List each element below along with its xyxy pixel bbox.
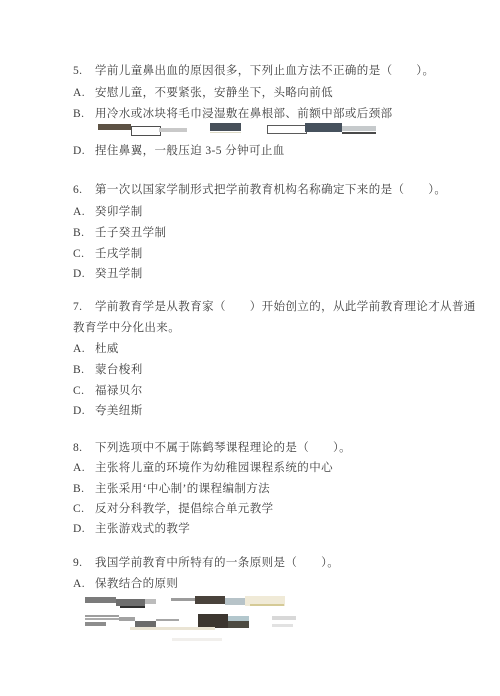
redaction-bar <box>198 614 228 628</box>
option-text: 癸丑学制 <box>95 268 143 280</box>
redaction-bar <box>130 627 215 630</box>
redaction-bar <box>159 128 187 132</box>
option-label: B. <box>73 226 95 240</box>
option-text: 主张将儿童的环境作为幼稚园课程系统的中心 <box>95 462 333 474</box>
question-number: 6. <box>73 183 95 197</box>
question-8-option-c: C.反对分科教学，提倡综合单元教学 <box>73 502 274 516</box>
option-label: C. <box>73 384 95 398</box>
option-label: D. <box>73 144 95 158</box>
redaction-bar <box>172 638 222 641</box>
question-text: 学前教育学是从教育家（ ）开始创立的，从此学前教育理论才从普通 <box>95 301 476 313</box>
redaction-bar <box>225 598 245 605</box>
question-6-option-a: A.癸卯学制 <box>73 205 143 219</box>
redaction-bar <box>120 606 145 608</box>
redaction-bar <box>305 123 342 132</box>
option-text: 福禄贝尔 <box>95 385 143 397</box>
redaction-bar <box>119 617 135 621</box>
option-text: 壬子癸丑学制 <box>95 227 166 239</box>
option-label: A. <box>73 342 95 356</box>
option-label: D. <box>73 404 95 418</box>
question-6-option-c: C.壬戌学制 <box>73 247 143 261</box>
option-text: 保教结合的原则 <box>95 578 178 590</box>
redaction-bar <box>267 125 307 134</box>
redaction-bar <box>85 622 106 626</box>
option-text: 壬戌学制 <box>95 248 143 260</box>
question-5-option-d: D.捏住鼻翼，一般压迫 3-5 分钟可止血 <box>73 144 285 158</box>
question-7-option-d: D.夸美纽斯 <box>73 404 143 418</box>
option-text: 夸美纽斯 <box>95 405 143 417</box>
redaction-bar <box>228 621 249 628</box>
question-7-option-b: B.蒙台梭利 <box>73 363 143 377</box>
question-text-continued: 教育学中分化出来。 <box>73 322 180 334</box>
redaction-bar <box>272 616 296 620</box>
redaction-bar <box>342 126 376 131</box>
redaction-bar <box>98 124 131 130</box>
question-5-option-a: A.安慰儿童，不要紧张，安静坐下，头略向前低 <box>73 86 333 100</box>
redaction-bar <box>85 618 119 620</box>
option-text: 主张游戏式的教学 <box>95 523 190 535</box>
question-9-option-a: A.保教结合的原则 <box>73 577 178 591</box>
redaction-bar <box>272 624 293 627</box>
question-5: 5.学前儿童鼻出血的原因很多，下列止血方法不正确的是（ ）。 <box>73 64 434 78</box>
redaction-bar <box>116 599 145 606</box>
option-label: C. <box>73 247 95 261</box>
question-8-option-a: A.主张将儿童的环境作为幼稚园课程系统的中心 <box>73 461 333 475</box>
redaction-bar <box>85 615 119 617</box>
exam-page: 5.学前儿童鼻出血的原因很多，下列止血方法不正确的是（ ）。 A.安慰儿童，不要… <box>0 0 500 696</box>
option-text: 捏住鼻翼，一般压迫 3-5 分钟可止血 <box>95 145 285 157</box>
option-text: 癸卯学制 <box>95 206 143 218</box>
question-6: 6.第一次以国家学制形式把学前教育机构名称确定下来的是（ ）。 <box>73 183 446 197</box>
question-7-option-c: C.福禄贝尔 <box>73 384 143 398</box>
question-6-option-b: B.壬子癸丑学制 <box>73 226 166 240</box>
question-number: 7. <box>73 300 95 314</box>
question-9: 9.我国学前教育中所特有的一条原则是（ ）。 <box>73 556 339 570</box>
question-text: 下列选项中不属于陈鹤琴课程理论的是（ ）。 <box>95 442 351 454</box>
redaction-bar <box>195 596 225 604</box>
option-text: 用冷水或冰块将毛巾浸湿敷在鼻根部、前额中部或后颈部 <box>95 108 393 120</box>
option-text: 主张采用‘中心制’的课程编制方法 <box>95 483 270 495</box>
option-label: D. <box>73 522 95 536</box>
option-label: A. <box>73 205 95 219</box>
question-8-option-d: D.主张游戏式的教学 <box>73 522 190 536</box>
question-8: 8.下列选项中不属于陈鹤琴课程理论的是（ ）。 <box>73 441 351 455</box>
redaction-bar <box>210 123 241 131</box>
question-number: 5. <box>73 64 95 78</box>
redaction-bar <box>85 597 116 603</box>
question-5-option-b: B.用冷水或冰块将毛巾浸湿敷在鼻根部、前额中部或后颈部 <box>73 107 393 121</box>
question-8-option-b: B.主张采用‘中心制’的课程编制方法 <box>73 482 270 496</box>
question-text: 第一次以国家学制形式把学前教育机构名称确定下来的是（ ）。 <box>95 184 446 196</box>
option-label: B. <box>73 363 95 377</box>
redaction-bar <box>342 132 376 134</box>
option-text: 安慰儿童，不要紧张，安静坐下，头略向前低 <box>95 87 333 99</box>
question-6-option-d: D.癸丑学制 <box>73 267 143 281</box>
option-text: 反对分科教学，提倡综合单元教学 <box>95 503 274 515</box>
option-label: D. <box>73 267 95 281</box>
question-7-text-line-2: 教育学中分化出来。 <box>73 321 180 335</box>
question-number: 8. <box>73 441 95 455</box>
option-label: A. <box>73 86 95 100</box>
option-label: C. <box>73 502 95 516</box>
question-text: 我国学前教育中所特有的一条原则是（ ）。 <box>95 557 339 569</box>
option-label: B. <box>73 482 95 496</box>
redaction-bar <box>135 621 156 627</box>
option-text: 蒙台梭利 <box>95 364 143 376</box>
question-number: 9. <box>73 556 95 570</box>
question-7: 7.学前教育学是从教育家（ ）开始创立的，从此学前教育理论才从普通 <box>73 300 476 314</box>
redaction-bar <box>145 599 156 604</box>
redaction-bar <box>156 619 179 621</box>
option-label: A. <box>73 461 95 475</box>
option-label: B. <box>73 107 95 121</box>
option-text: 杜威 <box>95 343 119 355</box>
question-7-option-a: A.杜威 <box>73 342 119 356</box>
redaction-bar <box>228 616 249 621</box>
redaction-bar <box>131 126 161 136</box>
redaction-bar <box>245 596 285 606</box>
question-text: 学前儿童鼻出血的原因很多，下列止血方法不正确的是（ ）。 <box>95 65 434 77</box>
redaction-bar <box>250 604 284 606</box>
redaction-bar <box>171 598 195 601</box>
option-label: A. <box>73 577 95 591</box>
redaction-bar <box>210 132 241 133</box>
